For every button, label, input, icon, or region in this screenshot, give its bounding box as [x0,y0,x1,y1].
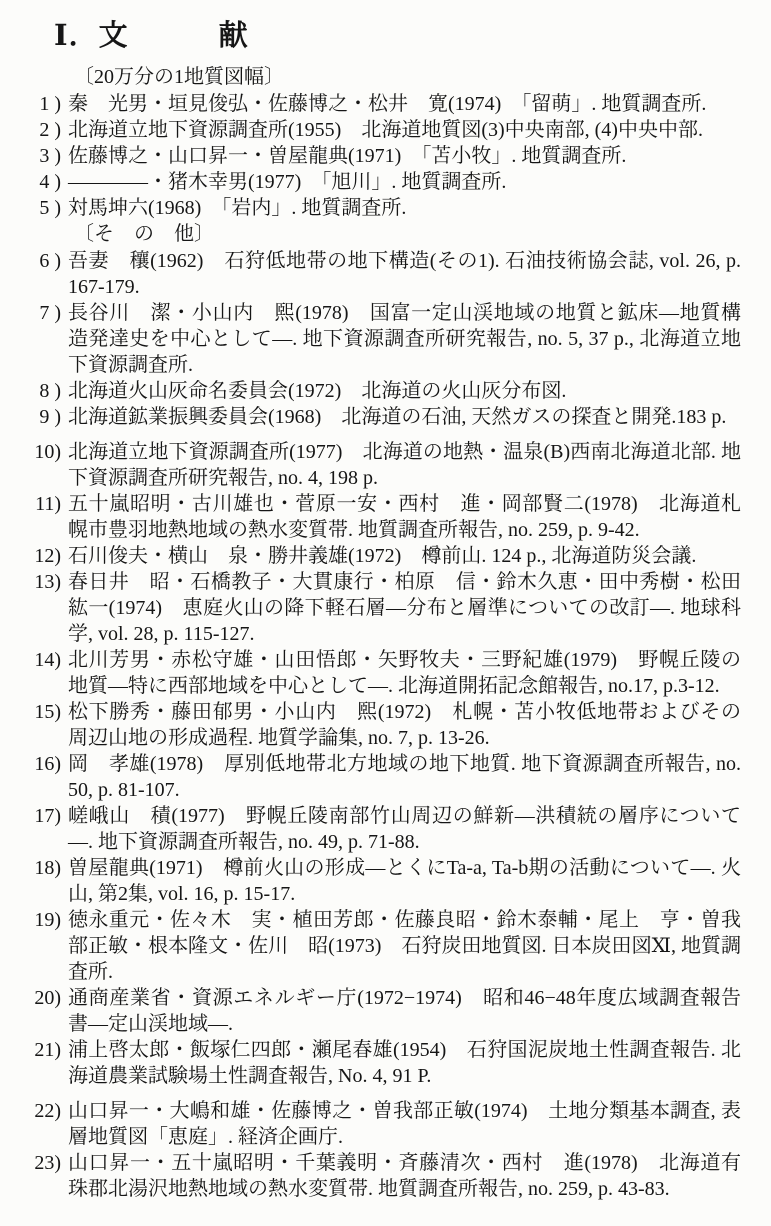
reference-entry-14: 14) 北川芳男・赤松守雄・山田悟郎・矢野牧夫・三野紀雄(1979) 野幌丘陵の… [28,647,741,699]
reference-entry-7: 7 ) 長谷川 潔・小山内 煕(1978) 国富一定山渓地域の地質と鉱床—地質構… [28,300,741,378]
entry-number: 16) [28,751,68,777]
entry-text: 佐藤博之・山口昇一・曽屋龍典(1971) 「苫小牧」. 地質調査所. [68,143,741,169]
entry-text: 岡 孝雄(1978) 厚別低地帯北方地域の地下地質. 地下資源調査所報告, no… [68,751,741,803]
entry-text: 松下勝秀・藤田郁男・小山内 煕(1972) 札幌・苫小牧低地帯およびその周辺山地… [68,699,741,751]
entry-number: 22) [28,1098,68,1124]
reference-entry-4: 4 ) ――――・猪木幸男(1977) 「旭川」. 地質調査所. [28,169,741,195]
reference-entry-5: 5 ) 対馬坤六(1968) 「岩内」. 地質調査所. [28,195,741,221]
entry-text: ――――・猪木幸男(1977) 「旭川」. 地質調査所. [68,169,741,195]
entry-number: 5 ) [28,195,68,221]
reference-entry-22: 22) 山口昇一・大嶋和雄・佐藤博之・曽我部正敏(1974) 土地分類基本調査,… [28,1098,741,1150]
reference-entry-16: 16) 岡 孝雄(1978) 厚別低地帯北方地域の地下地質. 地下資源調査所報告… [28,751,741,803]
reference-entry-18: 18) 曽屋龍典(1971) 樽前火山の形成—とくにTa-a, Ta-b期の活動… [28,855,741,907]
entry-text: 曽屋龍典(1971) 樽前火山の形成—とくにTa-a, Ta-b期の活動について… [68,855,741,907]
entry-number: 1 ) [28,91,68,117]
entry-number: 20) [28,985,68,1011]
entry-number: 13) [28,569,68,595]
reference-entry-10: 10) 北海道立地下資源調査所(1977) 北海道の地熱・温泉(B)西南北海道北… [28,439,741,491]
reference-entry-1: 1 ) 秦 光男・垣見俊弘・佐藤博之・松井 寛(1974) 「留萌」. 地質調査… [28,91,741,117]
reference-entry-20: 20) 通商産業省・資源エネルギー庁(1972−1974) 昭和46−48年度広… [28,985,741,1037]
entry-text: 嵯峨山 積(1977) 野幌丘陵南部竹山周辺の鮮新—洪積統の層序について—. 地… [68,803,741,855]
entry-number: 12) [28,543,68,569]
entry-number: 15) [28,699,68,725]
entry-number: 18) [28,855,68,881]
reference-entry-13: 13) 春日井 昭・石橋教子・大貫康行・柏原 信・鈴木久恵・田中秀樹・松田紘一(… [28,569,741,647]
entry-number: 8 ) [28,378,68,404]
entry-text: 長谷川 潔・小山内 煕(1978) 国富一定山渓地域の地質と鉱床—地質構造発達史… [68,300,741,378]
entry-number: 7 ) [28,300,68,326]
entry-text: 北海道立地下資源調査所(1955) 北海道地質図(3)中央南部, (4)中央中部… [68,117,741,143]
entry-text: 北海道火山灰命名委員会(1972) 北海道の火山灰分布図. [68,378,741,404]
entry-text: 対馬坤六(1968) 「岩内」. 地質調査所. [68,195,741,221]
document-page: Ⅰ．文 献 〔20万分の1地質図幅〕 1 ) 秦 光男・垣見俊弘・佐藤博之・松井… [0,0,771,1226]
entry-text: 北海道立地下資源調査所(1977) 北海道の地熱・温泉(B)西南北海道北部. 地… [68,439,741,491]
reference-entry-17: 17) 嵯峨山 積(1977) 野幌丘陵南部竹山周辺の鮮新—洪積統の層序について… [28,803,741,855]
reference-entry-6: 6 ) 吾妻 穰(1962) 石狩低地帯の地下構造(その1). 石油技術協会誌,… [28,248,741,300]
entry-text: 山口昇一・大嶋和雄・佐藤博之・曽我部正敏(1974) 土地分類基本調査, 表層地… [68,1098,741,1150]
entry-number: 4 ) [28,169,68,195]
entry-number: 11) [28,491,68,517]
entry-text: 山口昇一・五十嵐昭明・千葉義明・斉藤清次・西村 進(1978) 北海道有珠郡北湯… [68,1150,741,1202]
entry-text: 五十嵐昭明・古川雄也・菅原一安・西村 進・岡部賢二(1978) 北海道札幌市豊羽… [68,491,741,543]
reference-entry-8: 8 ) 北海道火山灰命名委員会(1972) 北海道の火山灰分布図. [28,378,741,404]
entry-text: 石川俊夫・横山 泉・勝井義雄(1972) 樽前山. 124 p., 北海道防災会… [68,543,741,569]
entry-number: 23) [28,1150,68,1176]
entry-text: 徳永重元・佐々木 実・植田芳郎・佐藤良昭・鈴木泰輔・尾上 亨・曽我部正敏・根本隆… [68,907,741,985]
reference-entry-11: 11) 五十嵐昭明・古川雄也・菅原一安・西村 進・岡部賢二(1978) 北海道札… [28,491,741,543]
entry-text: 浦上啓太郎・飯塚仁四郎・瀬尾春雄(1954) 石狩国泥炭地土性調査報告. 北海道… [68,1037,741,1089]
entry-text: 秦 光男・垣見俊弘・佐藤博之・松井 寛(1974) 「留萌」. 地質調査所. [68,91,741,117]
reference-entry-3: 3 ) 佐藤博之・山口昇一・曽屋龍典(1971) 「苫小牧」. 地質調査所. [28,143,741,169]
entry-number: 6 ) [28,248,68,274]
entry-number: 9 ) [28,404,68,430]
reference-entry-15: 15) 松下勝秀・藤田郁男・小山内 煕(1972) 札幌・苫小牧低地帯およびその… [28,699,741,751]
entry-text: 北海道鉱業振興委員会(1968) 北海道の石油, 天然ガスの探査と開発.183 … [68,404,741,430]
section-heading-others: 〔そ の 他〕 [74,221,741,248]
entry-number: 2 ) [28,117,68,143]
section-heading-map-sheets: 〔20万分の1地質図幅〕 [74,64,741,91]
entry-text: 北川芳男・赤松守雄・山田悟郎・矢野牧夫・三野紀雄(1979) 野幌丘陵の地質—特… [68,647,741,699]
entry-number: 3 ) [28,143,68,169]
reference-entry-21: 21) 浦上啓太郎・飯塚仁四郎・瀬尾春雄(1954) 石狩国泥炭地土性調査報告.… [28,1037,741,1089]
entry-text: 通商産業省・資源エネルギー庁(1972−1974) 昭和46−48年度広域調査報… [68,985,741,1037]
page-title: Ⅰ．文 献 [54,18,741,54]
entry-number: 14) [28,647,68,673]
reference-entry-23: 23) 山口昇一・五十嵐昭明・千葉義明・斉藤清次・西村 進(1978) 北海道有… [28,1150,741,1202]
entry-number: 19) [28,907,68,933]
entry-number: 10) [28,439,68,465]
reference-entry-12: 12) 石川俊夫・横山 泉・勝井義雄(1972) 樽前山. 124 p., 北海… [28,543,741,569]
entry-text: 吾妻 穰(1962) 石狩低地帯の地下構造(その1). 石油技術協会誌, vol… [68,248,741,300]
entry-number: 17) [28,803,68,829]
reference-entry-9: 9 ) 北海道鉱業振興委員会(1968) 北海道の石油, 天然ガスの探査と開発.… [28,404,741,430]
entry-text: 春日井 昭・石橋教子・大貫康行・柏原 信・鈴木久恵・田中秀樹・松田紘一(1974… [68,569,741,647]
entry-number: 21) [28,1037,68,1063]
reference-entry-2: 2 ) 北海道立地下資源調査所(1955) 北海道地質図(3)中央南部, (4)… [28,117,741,143]
reference-entry-19: 19) 徳永重元・佐々木 実・植田芳郎・佐藤良昭・鈴木泰輔・尾上 亨・曽我部正敏… [28,907,741,985]
